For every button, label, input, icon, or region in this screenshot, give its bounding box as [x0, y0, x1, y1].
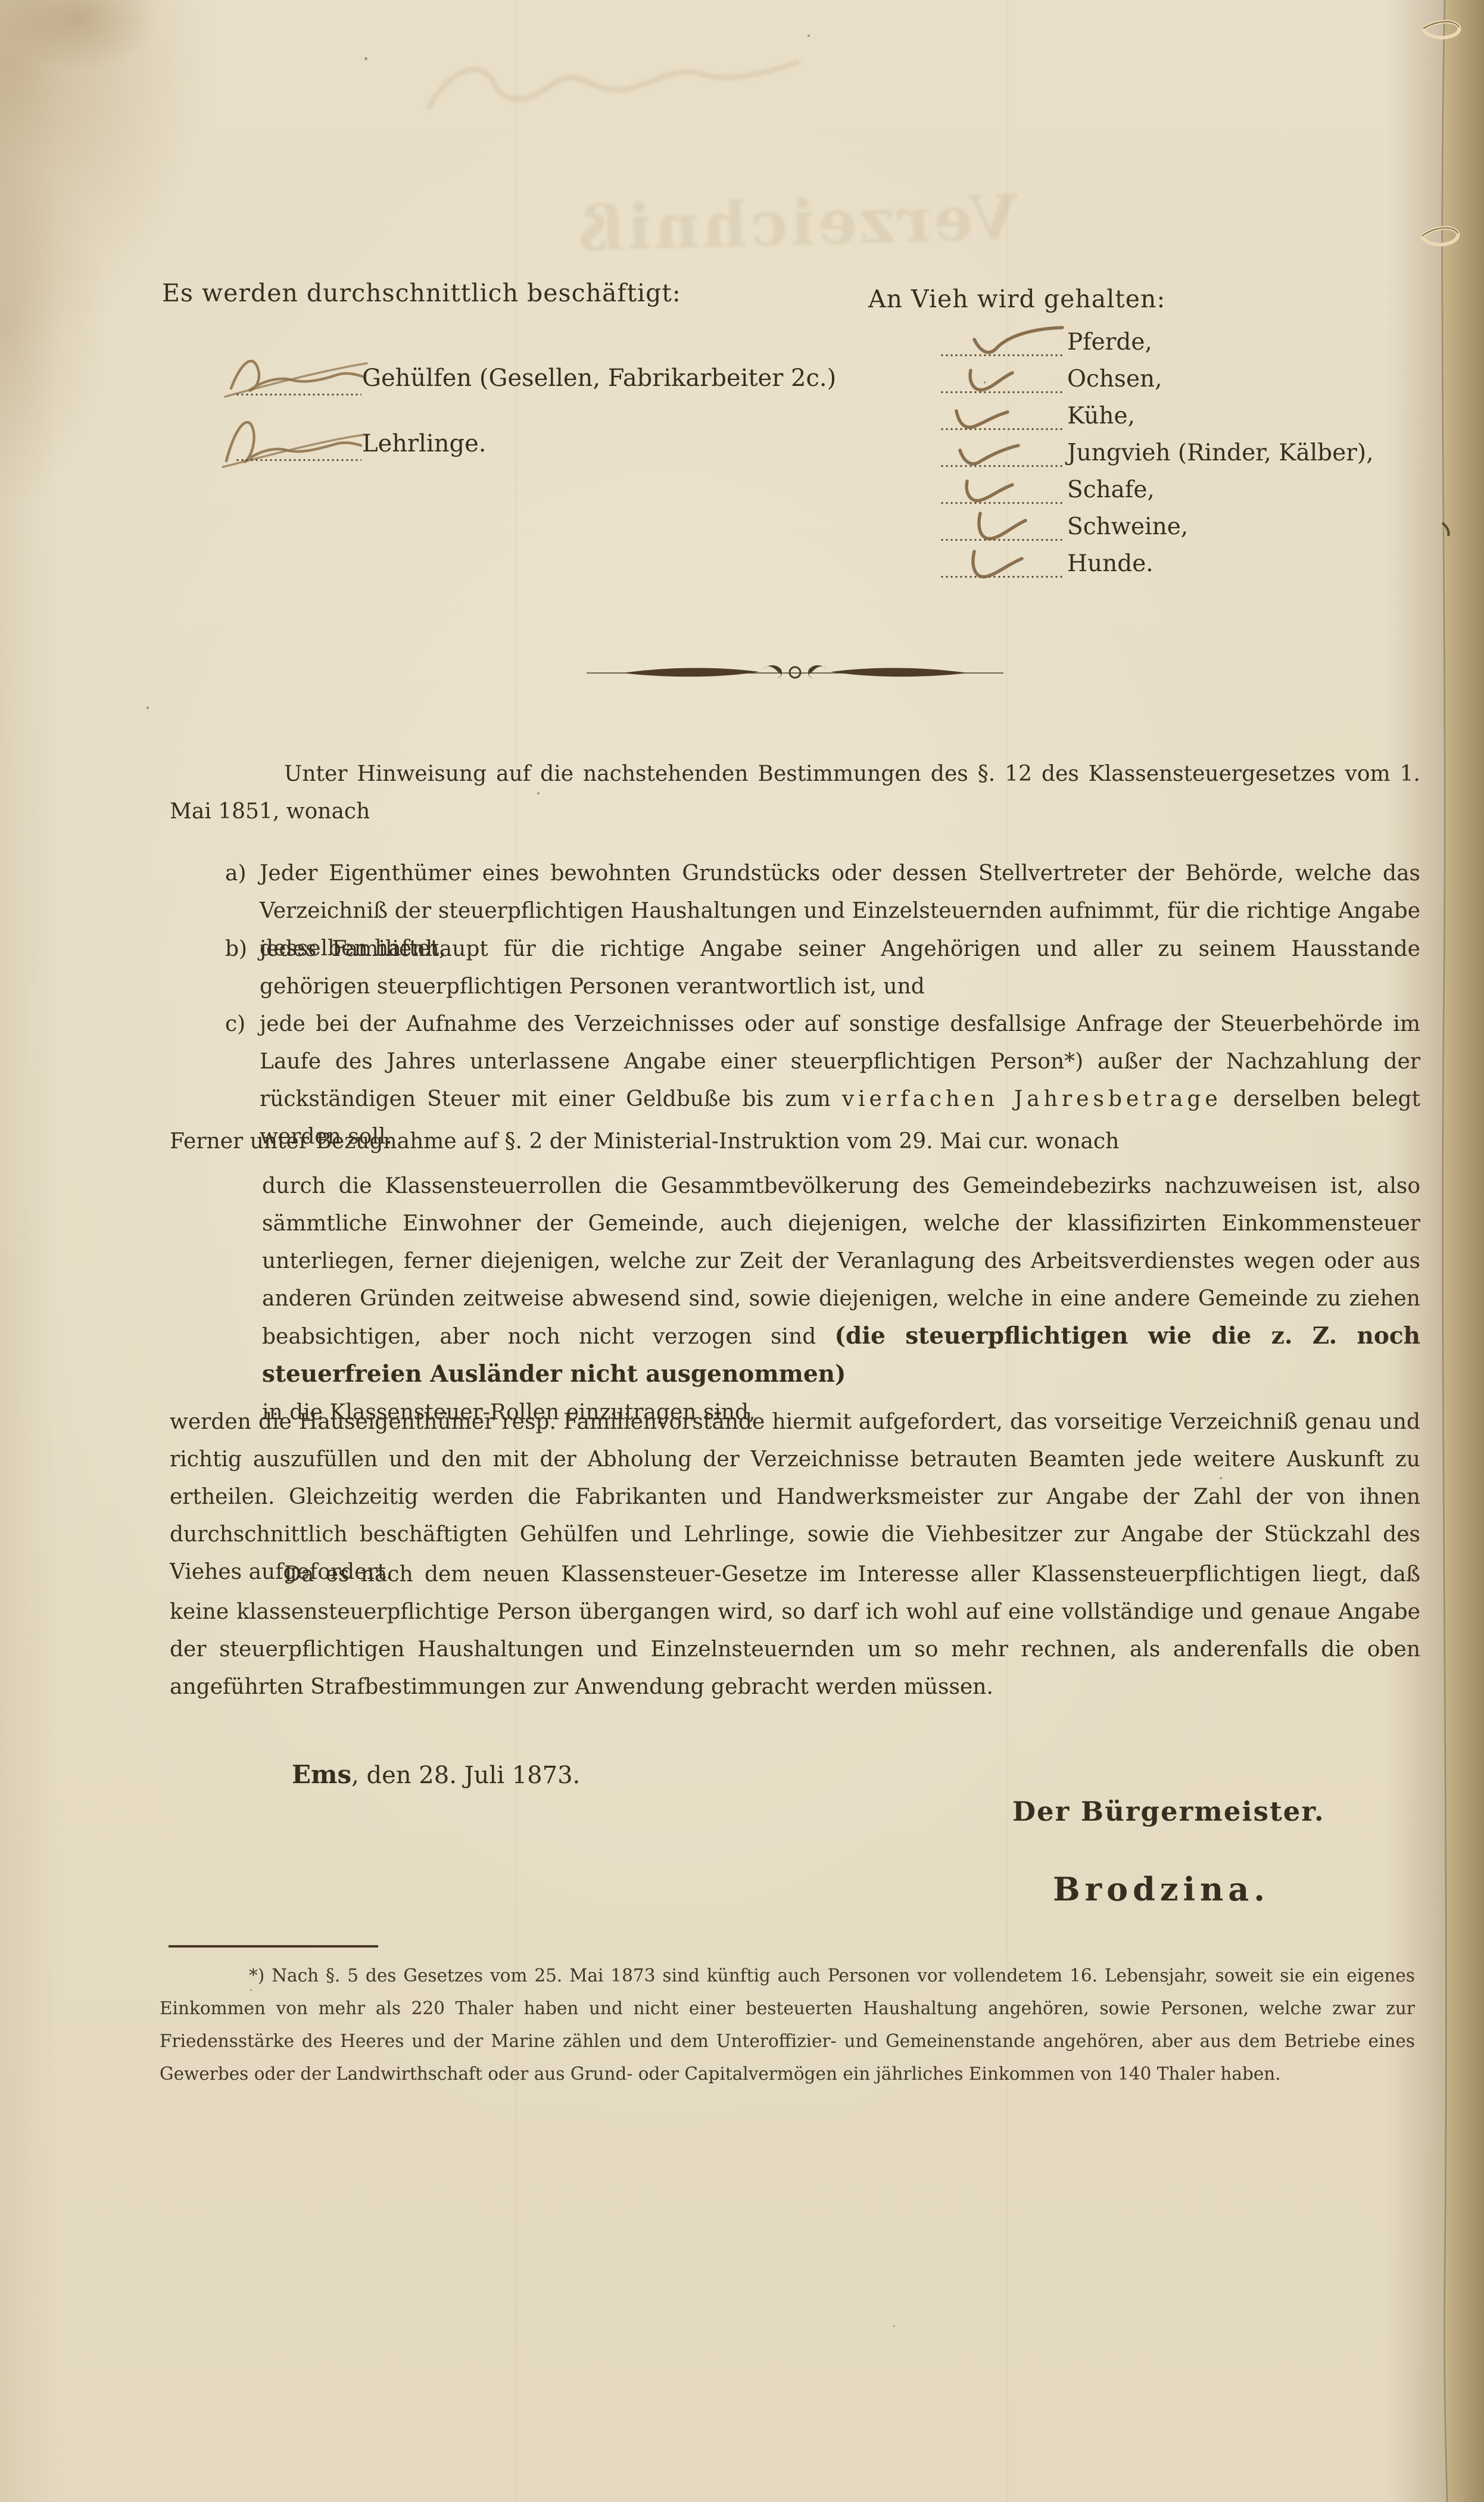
- livestock-item-label: Pferde,: [1067, 329, 1152, 356]
- livestock-item-label: Schafe,: [1067, 476, 1155, 503]
- clause-text-emphasized: vierfachen Jahresbetrage: [842, 1087, 1222, 1111]
- livestock-item-label: Kühe,: [1067, 403, 1135, 429]
- footnote-rule: [169, 1945, 378, 1948]
- handwritten-checkmark-icon: [950, 398, 1052, 440]
- ghost-handwriting-mark: [417, 42, 810, 125]
- place-name: Ems: [292, 1760, 351, 1789]
- employment-entry-label: Lehrlinge.: [362, 430, 486, 457]
- handwritten-checkmark-icon: [966, 542, 1067, 587]
- ornament-divider-icon: [587, 658, 1003, 686]
- intro-paragraph: Unter Hinweisung auf die nachstehenden B…: [170, 755, 1420, 830]
- handwritten-checkmark-icon: [968, 322, 1070, 363]
- employment-heading: Es werden durchschnittlich beschäftigt:: [162, 279, 681, 307]
- signer-title: Der Bürgermeister.: [1012, 1796, 1325, 1827]
- livestock-item-label: Jungvieh (Rinder, Kälber),: [1067, 440, 1373, 466]
- signer-name: Brodzina.: [1053, 1870, 1270, 1908]
- handwriting-mark-icon: [218, 410, 367, 475]
- employment-entry-label: Gehülfen (Gesellen, Fabrikarbeiter 2c.): [362, 364, 836, 392]
- fill-in-line: [235, 459, 361, 462]
- paper-speck: [893, 2325, 895, 2327]
- clause-label: b): [225, 930, 260, 1005]
- handwritten-checkmark-icon: [962, 360, 1064, 401]
- place-date-line: Ems, den 28. Juli 1873.: [292, 1760, 580, 1789]
- paper-speck: [808, 35, 810, 37]
- livestock-item-label: Schweine,: [1067, 513, 1188, 540]
- paper-speck: [537, 792, 540, 794]
- livestock-heading: An Vieh wird gehalten:: [868, 285, 1165, 313]
- paper-speck: [419, 2069, 422, 2071]
- paper-speck: [146, 706, 149, 709]
- date-text: , den 28. Juli 1873.: [351, 1762, 580, 1789]
- ghost-bleedthrough-text: Verzeichniß: [333, 180, 1020, 272]
- footnote-text: *) Nach §. 5 des Gesetzes vom 25. Mai 18…: [160, 1959, 1415, 2090]
- ferner-line: Ferner unter Bezugnahme auf §. 2 der Min…: [170, 1129, 1119, 1154]
- paper-speck: [984, 381, 986, 384]
- livestock-item-label: Hunde.: [1067, 550, 1153, 577]
- paper-speck: [364, 57, 367, 60]
- document-page: Verzeichniß Es werden durchschnittlich b…: [0, 0, 1484, 2502]
- fill-in-line: [235, 393, 361, 396]
- clause-b: b) jedes Familienhaupt für die richtige …: [225, 930, 1420, 1005]
- paragraph-warning: Da es nach dem neuen Klassensteuer-Geset…: [170, 1556, 1420, 1706]
- clause-text: jedes Familienhaupt für die richtige Ang…: [260, 930, 1420, 1005]
- livestock-item-label: Ochsen,: [1067, 366, 1162, 392]
- page-edge: [1418, 0, 1484, 2502]
- paper-speck: [250, 1989, 252, 1991]
- indented-block: durch die Klassensteuerrollen die Gesamm…: [262, 1167, 1420, 1431]
- paper-speck: [1220, 1477, 1222, 1479]
